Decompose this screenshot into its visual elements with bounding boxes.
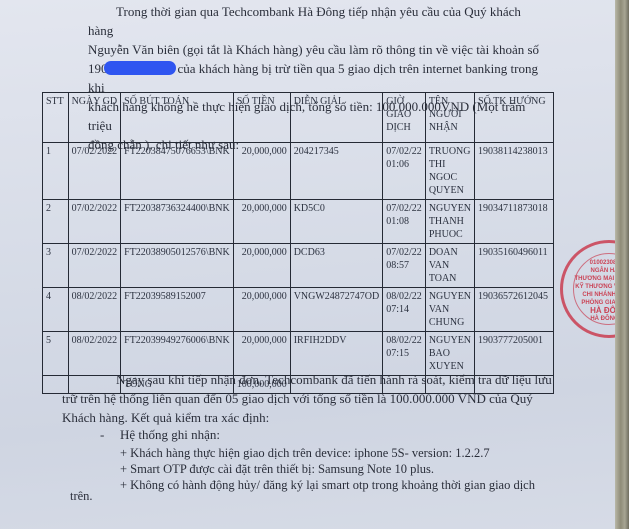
cell-stt: 2 (43, 200, 69, 244)
table-row: 2 07/02/2022 FT22038736324400\BNK 20,000… (43, 200, 554, 244)
bullet-dash: - (100, 426, 120, 443)
transactions-table: STT NGÀY GD SỐ BÚT TOÁN SỐ TIỀN DIỄN GIẢ… (42, 92, 554, 394)
cell-recipient: TRUONG THI NGOC QUYEN (425, 143, 474, 200)
header-stt: STT (43, 93, 69, 143)
cell-reference: FT22039589152007 (121, 288, 234, 332)
header-amount: SỐ TIỀN (233, 93, 290, 143)
cell-account: 19036572612045 (475, 288, 554, 332)
cell-recipient: NGUYEN THANH PHUOC (425, 200, 474, 244)
cell-recipient: NGUYEN VAN CHUNG (425, 288, 474, 332)
cell-account: 19034711873018 (475, 200, 554, 244)
cell-amount: 20,000,000 (233, 200, 290, 244)
cell-description: DCD63 (290, 244, 383, 288)
cell-time: 07/02/22 01:08 (383, 200, 426, 244)
cell-time: 08/02/22 07:14 (383, 288, 426, 332)
scanned-letter: Trong thời gian qua Techcombank Hà Đông … (0, 0, 629, 529)
intro-line-2: Nguyễn Văn biên (gọi tắt là Khách hàng) … (88, 40, 548, 59)
header-time: GIỜ GIAO DỊCH (383, 93, 426, 143)
review-paragraph: Ngay sau khi tiếp nhận đơn, Techcombank … (62, 370, 562, 427)
cell-stt: 4 (43, 288, 69, 332)
cell-amount: 20,000,000 (233, 288, 290, 332)
table-row: 3 07/02/2022 FT22038905012576\BNK 20,000… (43, 244, 554, 288)
table-header-row: STT NGÀY GD SỐ BÚT TOÁN SỐ TIỀN DIỄN GIẢ… (43, 93, 554, 143)
cell-stt: 5 (43, 332, 69, 376)
cell-description: VNGW24872747OD (290, 288, 383, 332)
review-line-2: trữ trên hệ thống liên quan đến 05 giao … (62, 389, 562, 408)
cell-time: 08/02/22 07:15 (383, 332, 426, 376)
finding-item: + Khách hàng thực hiện giao dịch trên de… (120, 445, 490, 462)
cell-stt: 1 (43, 143, 69, 200)
cell-reference: FT22038475076653\BNK (121, 143, 234, 200)
finding-continuation: trên. (70, 489, 93, 504)
cell-account: 19038114238013 (475, 143, 554, 200)
cell-date: 07/02/2022 (68, 244, 121, 288)
cell-amount: 20,000,000 (233, 244, 290, 288)
cell-reference: FT22039949276006\BNK (121, 332, 234, 376)
review-line-1: Ngay sau khi tiếp nhận đơn, Techcombank … (116, 372, 552, 387)
findings-heading-text: Hệ thống ghi nhận: (120, 427, 220, 442)
cell-amount: 20,000,000 (233, 143, 290, 200)
cell-reference: FT22038736324400\BNK (121, 200, 234, 244)
intro-line-1: Trong thời gian qua Techcombank Hà Đông … (88, 4, 521, 38)
table-row: 4 08/02/2022 FT22039589152007 20,000,000… (43, 288, 554, 332)
cell-recipient: NGUYEN BAO XUYEN (425, 332, 474, 376)
cell-recipient: DOAN VAN TOAN (425, 244, 474, 288)
cell-time: 07/02/22 08:57 (383, 244, 426, 288)
cell-time: 07/02/22 01:06 (383, 143, 426, 200)
cell-date: 07/02/2022 (68, 200, 121, 244)
header-account: SỐ TK HƯỞNG (475, 93, 554, 143)
review-line-3: Khách hàng. Kết quả kiểm tra xác định: (62, 408, 562, 427)
redaction-mark (104, 61, 176, 75)
cell-stt: 3 (43, 244, 69, 288)
background-surface-edge (615, 0, 629, 529)
cell-date: 08/02/2022 (68, 288, 121, 332)
findings-heading: -Hệ thống ghi nhận: (100, 426, 220, 443)
finding-item: + Smart OTP được cài đặt trên thiết bị: … (120, 461, 434, 478)
cell-account: 19035160496011 (475, 244, 554, 288)
cell-description: IRFIH2DDV (290, 332, 383, 376)
header-description: DIỄN GIẢI (290, 93, 383, 143)
cell-description: 204217345 (290, 143, 383, 200)
header-reference: SỐ BÚT TOÁN (121, 93, 234, 143)
finding-item: + Không có hành động hủy/ đăng ký lại sm… (120, 477, 535, 494)
header-recipient: TÊN NGƯỜI NHẬN (425, 93, 474, 143)
cell-date: 08/02/2022 (68, 332, 121, 376)
cell-account: 1903777205001 (475, 332, 554, 376)
cell-description: KD5C0 (290, 200, 383, 244)
cell-reference: FT22038905012576\BNK (121, 244, 234, 288)
cell-amount: 20,000,000 (233, 332, 290, 376)
table-row: 1 07/02/2022 FT22038475076653\BNK 20,000… (43, 143, 554, 200)
header-date: NGÀY GD (68, 93, 121, 143)
cell-date: 07/02/2022 (68, 143, 121, 200)
table-row: 5 08/02/2022 FT22039949276006\BNK 20,000… (43, 332, 554, 376)
